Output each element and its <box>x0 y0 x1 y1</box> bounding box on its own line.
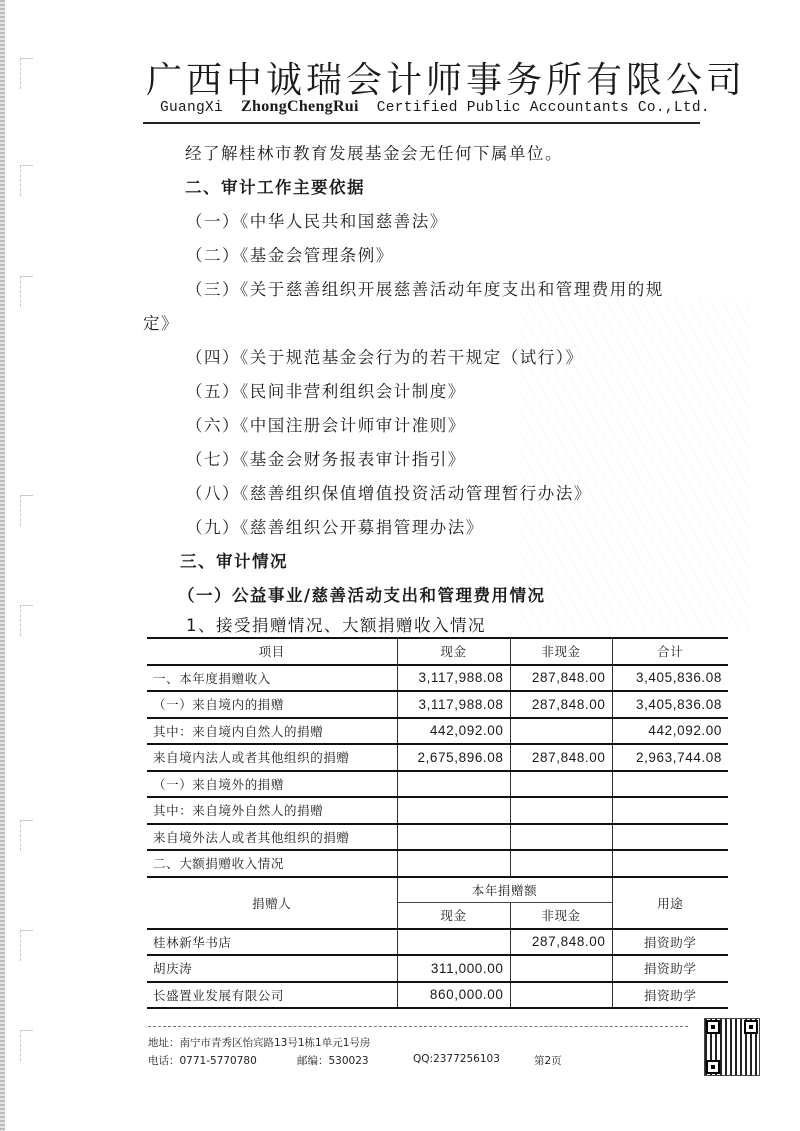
donor-cash <box>397 929 510 956</box>
row-total <box>612 824 728 851</box>
footer-divider <box>148 1026 688 1027</box>
table-row: 来自境内法人或者其他组织的捐赠 2,675,896.08 287,848.00 … <box>147 744 728 771</box>
company-en-suffix: Certified Public Accountants Co.,Ltd. <box>377 100 710 116</box>
donor-noncash: 287,848.00 <box>510 929 612 956</box>
row-noncash: 287,848.00 <box>510 691 612 718</box>
company-en-bold: ZhongChengRui <box>241 98 359 115</box>
header-purpose: 用途 <box>612 877 728 929</box>
row-total <box>612 771 728 798</box>
large-donation-row: 长盛置业发展有限公司 860,000.00 捐资助学 <box>147 982 728 1009</box>
row-label: 其中：来自境内自然人的捐赠 <box>147 718 397 745</box>
row-label: （一）来自境内的捐赠 <box>147 691 397 718</box>
basis-item-4: （四）《关于规范基金会行为的若干规定（试行）》 <box>186 344 584 368</box>
row-total <box>612 797 728 824</box>
header-divider <box>143 122 700 124</box>
footer-address: 地址：南宁市青秀区怡宾路13号1栋1单元1号房 <box>148 1035 370 1050</box>
binding-hole-mark <box>20 58 33 89</box>
row-label: 来自境外法人或者其他组织的捐赠 <box>147 824 397 851</box>
header-cash: 现金 <box>397 638 510 665</box>
donor-purpose: 捐资助学 <box>612 955 728 982</box>
header-item: 项目 <box>147 638 397 665</box>
footer-qq: QQ:2377256103 <box>413 1053 500 1065</box>
row-total <box>612 850 728 877</box>
row-cash: 3,117,988.08 <box>397 691 510 718</box>
scan-binding-edge <box>0 0 5 1131</box>
basis-item-3-cont: 定》 <box>143 310 179 334</box>
row-label: 其中：来自境外自然人的捐赠 <box>147 797 397 824</box>
header-large-cash: 现金 <box>397 903 510 929</box>
row-total: 3,405,836.08 <box>612 691 728 718</box>
row-cash: 3,117,988.08 <box>397 665 510 692</box>
qr-finder <box>706 1020 720 1034</box>
row-cash <box>397 771 510 798</box>
row-total: 2,963,744.08 <box>612 744 728 771</box>
section3-title: 三、审计情况 <box>180 548 288 572</box>
row-label: 来自境内法人或者其他组织的捐赠 <box>147 744 397 771</box>
footer-phone: 电话：0771-5770780 <box>148 1053 257 1068</box>
table-row: 二、大额捐赠收入情况 <box>147 850 728 877</box>
donor-noncash <box>510 982 612 1009</box>
company-name-en: GuangXi ZhongChengRui Certified Public A… <box>160 98 710 116</box>
basis-item-6: （六）《中国注册会计师审计准则》 <box>186 412 466 436</box>
row-noncash <box>510 824 612 851</box>
row-total: 3,405,836.08 <box>612 665 728 692</box>
row-cash: 2,675,896.08 <box>397 744 510 771</box>
row-noncash <box>510 797 612 824</box>
company-name-cn: 广西中诚瑞会计师事务所有限公司 <box>146 52 706 103</box>
footer-postcode: 邮编：530023 <box>297 1053 369 1068</box>
donor-name: 长盛置业发展有限公司 <box>147 982 397 1009</box>
row-noncash: 287,848.00 <box>510 744 612 771</box>
table-row: 一、本年度捐赠收入 3,117,988.08 287,848.00 3,405,… <box>147 665 728 692</box>
row-cash <box>397 797 510 824</box>
basis-item-7: （七）《基金会财务报表审计指引》 <box>186 446 466 470</box>
donor-cash: 311,000.00 <box>397 955 510 982</box>
donor-name: 桂林新华书店 <box>147 929 397 956</box>
basis-item-8: （八）《慈善组织保值增值投资活动管理暂行办法》 <box>186 480 592 504</box>
donor-purpose: 捐资助学 <box>612 929 728 956</box>
row-total: 442,092.00 <box>612 718 728 745</box>
binding-hole-mark <box>20 495 33 526</box>
subsection1-title: （一）公益事业/慈善活动支出和管理费用情况 <box>178 582 546 606</box>
donor-noncash <box>510 955 612 982</box>
binding-hole-mark <box>20 276 33 307</box>
row-cash <box>397 850 510 877</box>
row-noncash <box>510 718 612 745</box>
header-amount-group: 本年捐赠额 <box>397 877 612 903</box>
basis-item-1: （一）《中华人民共和国慈善法》 <box>186 208 448 232</box>
table-row: 其中：来自境外自然人的捐赠 <box>147 797 728 824</box>
donations-table: 项目 现金 非现金 合计 一、本年度捐赠收入 3,117,988.08 287,… <box>147 637 728 1009</box>
binding-hole-mark <box>20 930 33 961</box>
basis-item-9: （九）《慈善组织公开募捐管理办法》 <box>186 514 484 538</box>
row-label: （一）来自境外的捐赠 <box>147 771 397 798</box>
large-donation-row: 胡庆涛 311,000.00 捐资助学 <box>147 955 728 982</box>
row-noncash: 287,848.00 <box>510 665 612 692</box>
qr-code <box>704 1018 760 1076</box>
basis-item-3: （三）《关于慈善组织开展慈善活动年度支出和管理费用的规 <box>186 276 664 300</box>
row-noncash <box>510 771 612 798</box>
row-cash: 442,092.00 <box>397 718 510 745</box>
table-row: （一）来自境外的捐赠 <box>147 771 728 798</box>
binding-hole-mark <box>20 605 33 636</box>
header-donor: 捐赠人 <box>147 877 397 929</box>
header-noncash: 非现金 <box>510 638 612 665</box>
table-row: （一）来自境内的捐赠 3,117,988.08 287,848.00 3,405… <box>147 691 728 718</box>
table-row: 来自境外法人或者其他组织的捐赠 <box>147 824 728 851</box>
intro-paragraph: 经了解桂林市教育发展基金会无任何下属单位。 <box>185 140 563 164</box>
section2-title: 二、审计工作主要依据 <box>185 174 365 198</box>
donor-purpose: 捐资助学 <box>612 982 728 1009</box>
binding-hole-mark <box>20 820 33 851</box>
header-total: 合计 <box>612 638 728 665</box>
large-donation-header-row: 捐赠人 本年捐赠额 用途 <box>147 877 728 903</box>
basis-item-2: （二）《基金会管理条例》 <box>186 242 394 266</box>
donor-cash: 860,000.00 <box>397 982 510 1009</box>
donor-name: 胡庆涛 <box>147 955 397 982</box>
binding-hole-mark <box>20 165 33 196</box>
row-noncash <box>510 850 612 877</box>
row-cash <box>397 824 510 851</box>
footer-page-number: 第2页 <box>534 1053 562 1068</box>
table-header-row: 项目 现金 非现金 合计 <box>147 638 728 665</box>
qr-finder <box>706 1060 720 1074</box>
binding-hole-mark <box>20 1030 33 1061</box>
header-large-noncash: 非现金 <box>510 903 612 929</box>
qr-finder <box>744 1020 758 1034</box>
basis-item-5: （五）《民间非营利组织会计制度》 <box>186 378 466 402</box>
table-row: 其中：来自境内自然人的捐赠 442,092.00 442,092.00 <box>147 718 728 745</box>
row-label: 二、大额捐赠收入情况 <box>147 850 397 877</box>
row-label: 一、本年度捐赠收入 <box>147 665 397 692</box>
item1-title: 1、接受捐赠情况、大额捐赠收入情况 <box>186 612 486 636</box>
company-en-prefix: GuangXi <box>160 100 223 116</box>
large-donation-row: 桂林新华书店 287,848.00 捐资助学 <box>147 929 728 956</box>
